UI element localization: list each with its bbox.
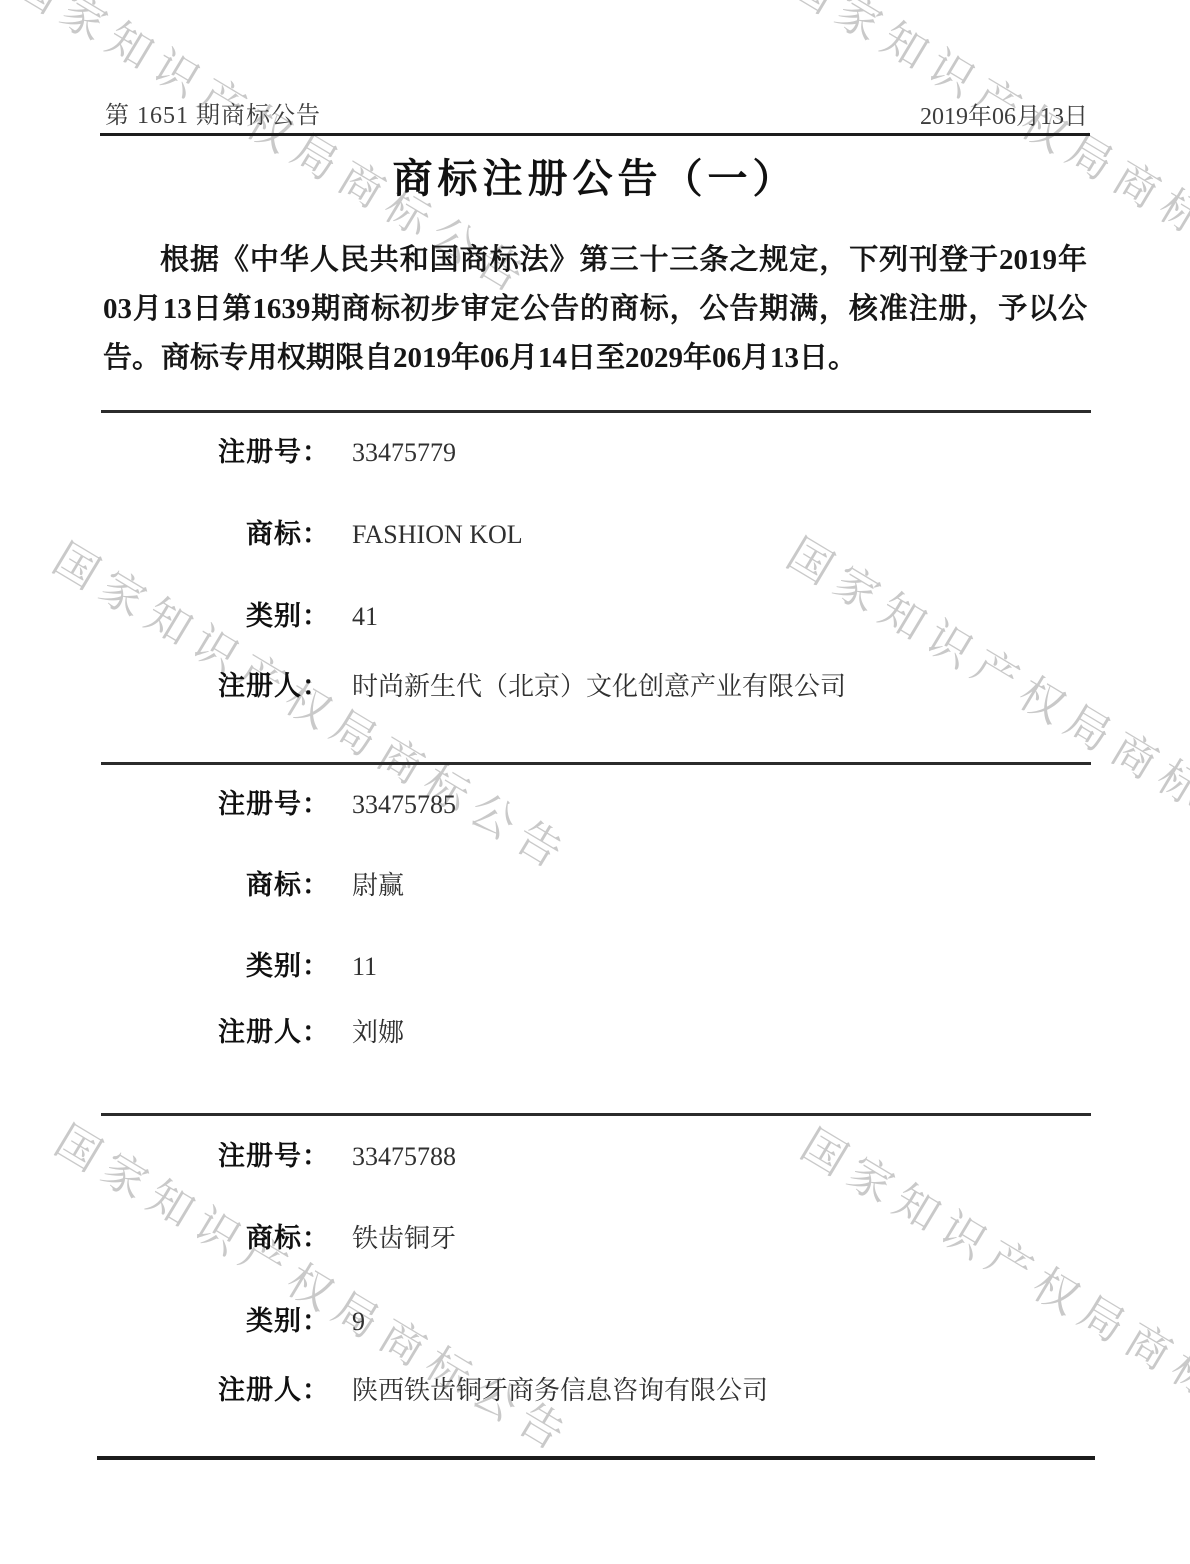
registrant-label: 注册人： [95,1010,330,1049]
class-value: 41 [352,602,378,632]
mark-value: FASHION KOL [352,520,523,550]
class-label: 类别： [95,1299,330,1338]
reg-no-value: 33475788 [352,1142,456,1172]
mark-label: 商标： [95,512,330,551]
registrant-label: 注册人： [95,664,330,703]
bottom-rule [97,1456,1095,1460]
table-row: 注册人： 刘娜 [95,1010,404,1049]
reg-no-value: 33475785 [352,790,456,820]
table-row: 注册号： 33475788 [95,1134,456,1173]
mark-value: 尉赢 [352,865,404,902]
class-value: 11 [352,952,377,982]
table-row: 注册人： 陕西铁齿铜牙商务信息咨询有限公司 [95,1368,768,1407]
table-row: 注册号： 33475779 [95,430,456,469]
registrant-value: 陕西铁齿铜牙商务信息咨询有限公司 [352,1370,768,1407]
table-row: 注册号： 33475785 [95,782,456,821]
mark-value: 铁齿铜牙 [352,1218,456,1255]
class-label: 类别： [95,944,330,983]
entry-separator [101,410,1091,413]
registrant-value: 时尚新生代（北京）文化创意产业有限公司 [352,666,846,703]
class-label: 类别： [95,594,330,633]
gazette-issue-label: 第 1651 期商标公告 [105,95,321,130]
table-row: 商标： 尉赢 [95,863,404,902]
table-row: 注册人： 时尚新生代（北京）文化创意产业有限公司 [95,664,846,703]
class-value: 9 [352,1307,365,1337]
reg-no-value: 33475779 [352,438,456,468]
header-rule [100,133,1090,136]
entry-separator [101,1113,1091,1116]
page-title: 商标注册公告（一） [100,147,1090,204]
gazette-page: 国家知识产权局商标公告 国家知识产权局商标公告 国家知识产权局商标公告 国家知识… [0,0,1190,1564]
reg-no-label: 注册号： [95,430,330,469]
gazette-date: 2019年06月13日 [920,96,1088,131]
table-row: 商标： 铁齿铜牙 [95,1216,456,1255]
mark-label: 商标： [95,863,330,902]
intro-paragraph: 根据《中华人民共和国商标法》第三十三条之规定，下列刊登于2019年03月13日第… [103,236,1087,383]
registrant-value: 刘娜 [352,1012,404,1049]
reg-no-label: 注册号： [95,782,330,821]
registrant-label: 注册人： [95,1368,330,1407]
mark-label: 商标： [95,1216,330,1255]
table-row: 类别： 41 [95,594,378,633]
table-row: 类别： 9 [95,1299,365,1338]
page-content: 第 1651 期商标公告 2019年06月13日 商标注册公告（一） 根据《中华… [0,0,1190,1564]
table-row: 类别： 11 [95,944,377,983]
entry-separator [101,762,1091,765]
table-row: 商标： FASHION KOL [95,512,523,551]
reg-no-label: 注册号： [95,1134,330,1173]
